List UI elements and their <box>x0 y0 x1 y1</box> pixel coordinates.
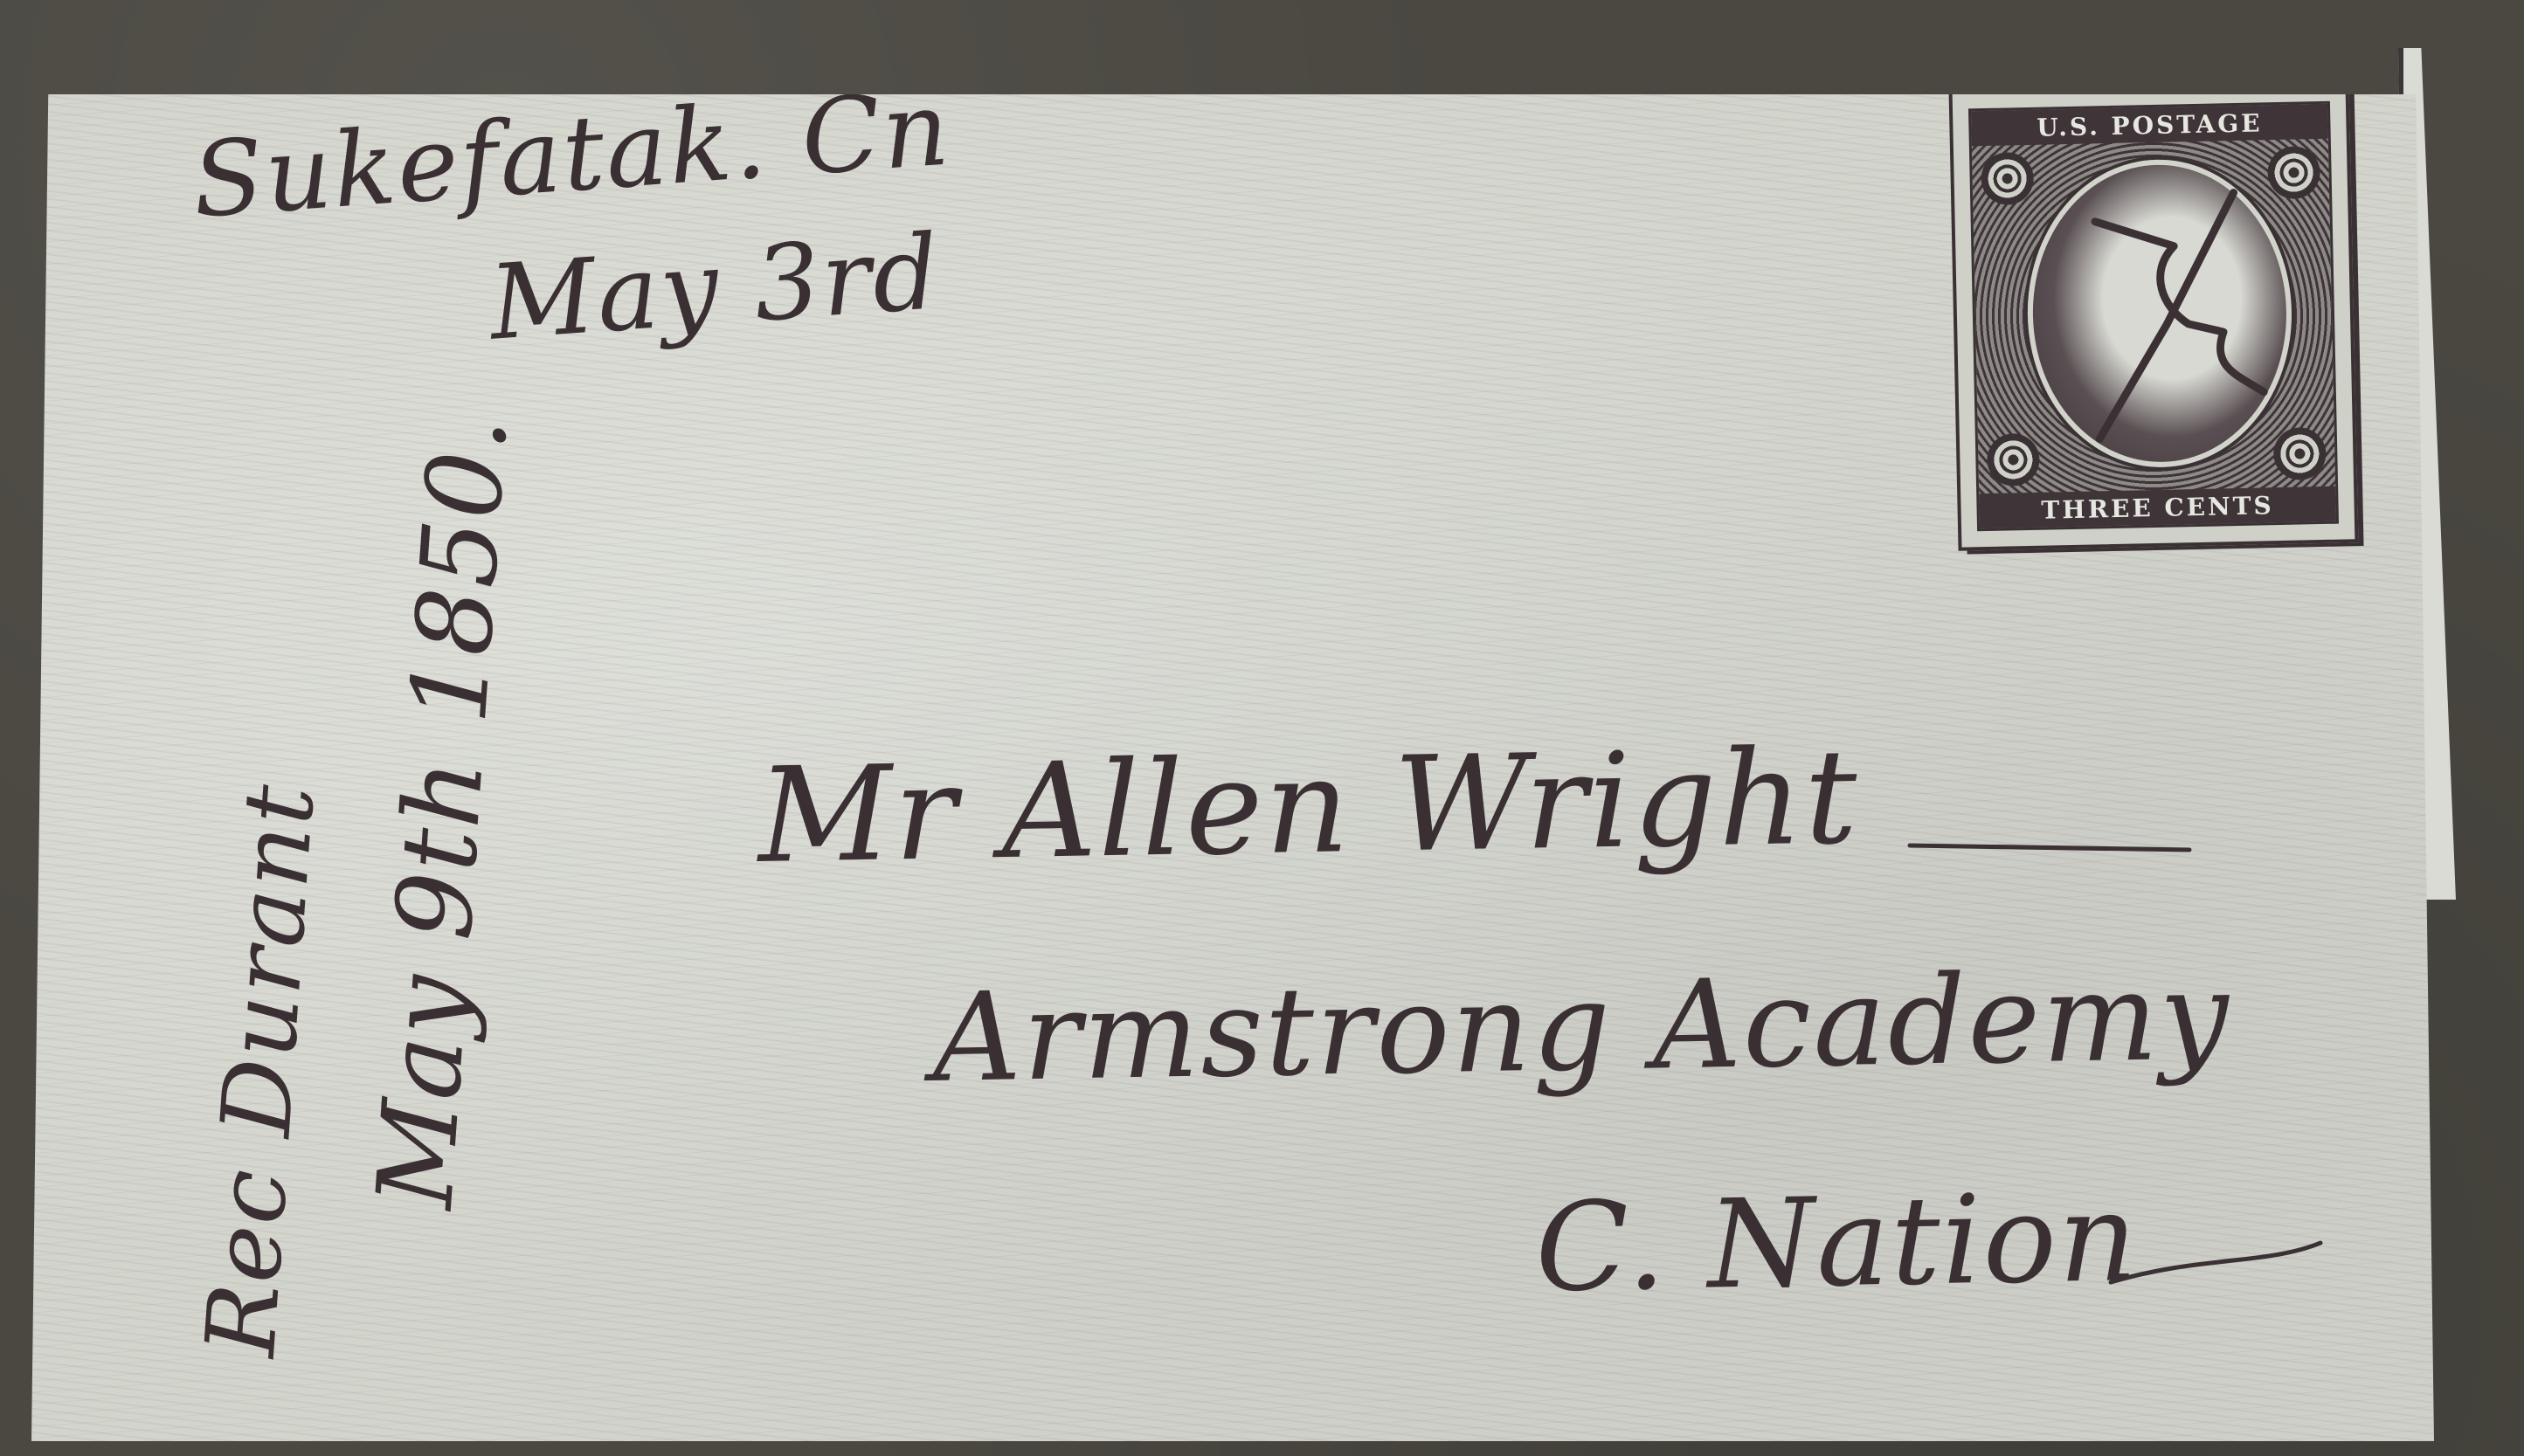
envelope: Sukefatak. Cn May 3rd Rec Durant May 9th… <box>31 94 2434 1441</box>
stamp-bottom-label: THREE CENTS <box>1979 486 2336 529</box>
pen-cancel-x-icon <box>1971 104 2336 528</box>
postage-stamp: U.S. POSTAGE THREE CENTS <box>1949 94 2359 551</box>
stamp-engraving: U.S. POSTAGE THREE CENTS <box>1968 101 2339 532</box>
